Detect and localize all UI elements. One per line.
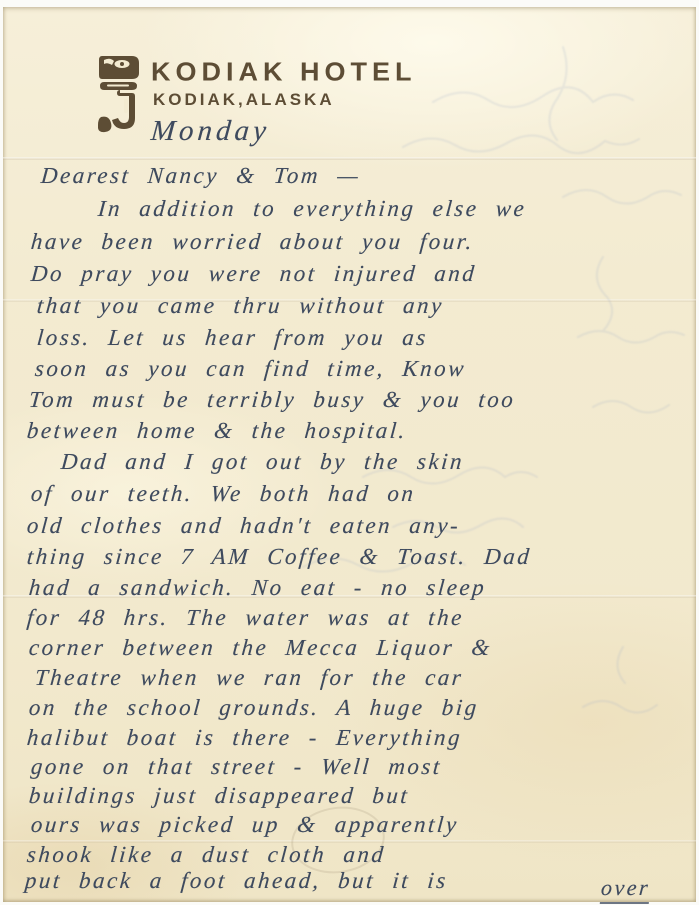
fold-crease — [3, 157, 696, 160]
letter-line: In addition to everything else we — [97, 196, 528, 222]
letter-line: put back a foot ahead, but it is — [24, 868, 449, 894]
letter-line: on the school grounds. A huge big — [28, 695, 480, 721]
letter-line: buildings just disappeared but — [28, 783, 411, 809]
hotel-location: KODIAK,ALASKA — [153, 90, 335, 110]
letter-line: had a sandwich. No eat - no sleep — [28, 575, 488, 601]
letter-line: shook like a dust cloth and — [26, 842, 387, 868]
letter-line: thing since 7 AM Coffee & Toast. Dad — [26, 544, 533, 570]
letter-line: corner between the Mecca Liquor & — [28, 635, 493, 661]
letter-line: ours was picked up & apparently — [30, 812, 460, 838]
letter-line: Do pray you were not injured and — [30, 261, 478, 287]
letter-line: Dearest Nancy & Tom — — [40, 163, 362, 189]
letter-line: old clothes and hadn't eaten any- — [26, 513, 462, 539]
hotel-name: KODIAK HOTEL — [151, 58, 417, 87]
letter-line: of our teeth. We both had on — [30, 481, 417, 507]
letter-line: gone on that street - Well most — [30, 754, 443, 780]
letter-line: soon as you can find time, Know — [34, 356, 467, 382]
letter-line: halibut boat is there - Everything — [26, 725, 463, 751]
letter-line: between home & the hospital. — [26, 418, 408, 444]
letter-line: Dad and I got out by the skin — [60, 449, 465, 475]
letter-line: loss. Let us hear from you as — [36, 325, 429, 351]
letter-line: that you came thru without any — [36, 293, 445, 319]
letter-line: have been worried about you four. — [30, 229, 475, 255]
letter-line: for 48 hrs. The water was at the — [26, 605, 465, 631]
letter-line: Theatre when we ran for the car — [34, 665, 465, 691]
scanned-letter: KODIAK HOTEL KODIAK,ALASKA Monday Deares… — [0, 0, 699, 905]
letter-line: Tom must be terribly busy & you too — [28, 387, 517, 413]
totem-icon — [98, 55, 140, 133]
date-line: Monday — [150, 115, 272, 148]
page-turn-note: over — [600, 875, 652, 904]
letter-paper: KODIAK HOTEL KODIAK,ALASKA Monday Deares… — [3, 7, 696, 902]
